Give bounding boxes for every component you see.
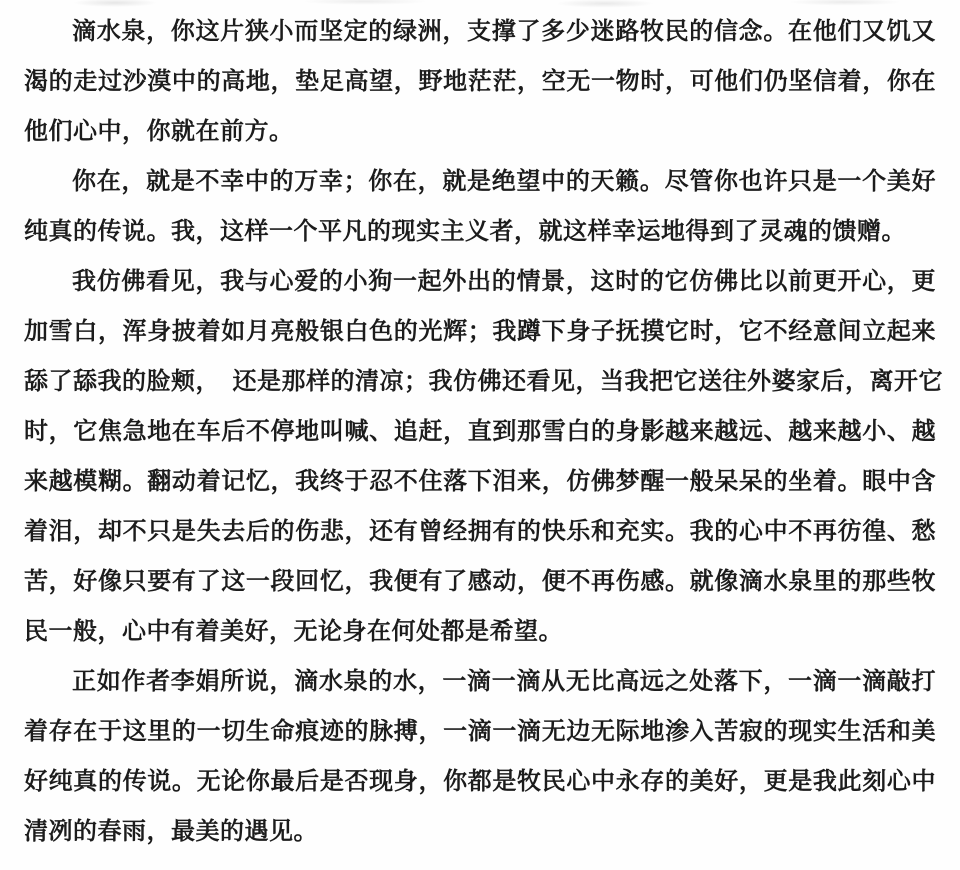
text-line: 着存在于这里的一切生命痕迹的脉搏，一滴一滴无边无际地渗入苦寂的现实生活和美 [24, 706, 936, 756]
paragraph-1: 滴水泉，你这片狭小而坚定的绿洲，支撑了多少迷路牧民的信念。在他们又饥又 渴的走过… [24, 6, 936, 156]
text-line: 好纯真的传说。无论你最后是否现身，你都是牧民心中永存的美好，更是我此刻心中 [24, 756, 936, 806]
paragraph-2: 你在，就是不幸中的万幸；你在，就是绝望中的天籁。尽管你也许只是一个美好 纯真的传… [24, 156, 936, 256]
text-line: 清冽的春雨，最美的遇见。 [24, 806, 936, 856]
paragraph-4: 正如作者李娟所说，滴水泉的水，一滴一滴从无比高远之处落下，一滴一滴敲打 着存在于… [24, 656, 936, 856]
text-line: 纯真的传说。我，这样一个平凡的现实主义者，就这样幸运地得到了灵魂的馈赠。 [24, 206, 936, 256]
text-line: 渴的走过沙漠中的高地，垫足高望，野地茫茫，空无一物时，可他们仍坚信着，你在 [24, 56, 936, 106]
text-line: 你在，就是不幸中的万幸；你在，就是绝望中的天籁。尽管你也许只是一个美好 [24, 156, 936, 206]
text-line: 正如作者李娟所说，滴水泉的水，一滴一滴从无比高远之处落下，一滴一滴敲打 [24, 656, 936, 706]
text-line: 民一般，心中有着美好，无论身在何处都是希望。 [24, 606, 936, 656]
text-line: 我仿佛看见，我与心爱的小狗一起外出的情景，这时的它仿佛比以前更开心，更 [24, 256, 936, 306]
text-line: 他们心中，你就在前方。 [24, 106, 936, 156]
text-line: 舔了舔我的脸颊， 还是那样的清凉；我仿佛还看见，当我把它送往外婆家后，离开它 [24, 356, 936, 406]
document-page: 滴水泉，你这片狭小而坚定的绿洲，支撑了多少迷路牧民的信念。在他们又饥又 渴的走过… [0, 0, 960, 870]
text-line: 苦，好像只要有了这一段回忆，我便有了感动，便不再伤感。就像滴水泉里的那些牧 [24, 556, 936, 606]
text-line: 加雪白，浑身披着如月亮般银白色的光辉；我蹲下身子抚摸它时，它不经意间立起来 [24, 306, 936, 356]
text-line: 时，它焦急地在车后不停地叫喊、追赶，直到那雪白的身影越来越远、越来越小、越 [24, 406, 936, 456]
text-line: 着泪，却不只是失去后的伤悲，还有曾经拥有的快乐和充实。我的心中不再彷徨、愁 [24, 506, 936, 556]
text-line: 来越模糊。翻动着记忆，我终于忍不住落下泪来，仿佛梦醒一般呆呆的坐着。眼中含 [24, 456, 936, 506]
paragraph-3: 我仿佛看见，我与心爱的小狗一起外出的情景，这时的它仿佛比以前更开心，更 加雪白，… [24, 256, 936, 656]
text-line: 滴水泉，你这片狭小而坚定的绿洲，支撑了多少迷路牧民的信念。在他们又饥又 [24, 6, 936, 56]
